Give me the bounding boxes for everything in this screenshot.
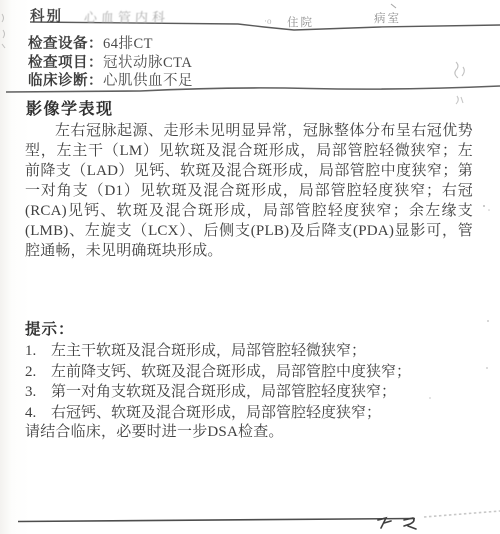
department-value-faded: 心血管内科 [84, 7, 170, 26]
ward-label: 病室 [374, 10, 401, 26]
impression-item: 2.左前降支钙、软斑及混合斑形成，局部管腔中度狭窄； [25, 362, 480, 383]
exam-fields: 检查设备：64排CT 检查项目：冠状动脉CTA 临床诊断：心肌供血不足 [28, 35, 193, 91]
impression-item-text: 第一对角支软斑及混合斑形成，局部管腔轻度狭窄； [51, 382, 396, 403]
impression-note: 请结合临床，必要时进一步DSA检查。 [25, 420, 284, 441]
findings-paragraph: 左右冠脉起源、走形未见明显异常，冠脉整体分布呈右冠优势型，左主干（LM）见软斑及… [25, 121, 473, 261]
impression-section-title: 提示： [25, 317, 75, 339]
field-exam-item: 检查项目：冠状动脉CTA [28, 54, 193, 73]
department-label: 科别 [30, 5, 63, 26]
scan-speck [486, 367, 488, 369]
field-device-label: 检查设备： [28, 36, 103, 52]
impression-item-text: 左前降支钙、软斑及混合斑形成，局部管腔中度狭窄； [51, 362, 411, 383]
field-exam-item-value: 冠状动脉CTA [103, 55, 192, 71]
field-device: 检查设备：64排CT [28, 35, 193, 54]
scan-speck-text: ·o [264, 16, 272, 26]
admission-label: 住院 [287, 14, 314, 30]
scanned-report-page: 科别 心血管内科 ·o 住院 病室 检查设备：64排CT 检查项目：冠状动脉CT… [0, 0, 500, 534]
scan-speck [483, 205, 485, 207]
field-exam-item-label: 检查项目： [28, 55, 103, 71]
impression-item-number: 2. [25, 362, 51, 383]
impression-item: 3.第一对角支软斑及混合斑形成，局部管腔轻度狭窄； [25, 382, 480, 403]
pencil-squiggle [455, 62, 464, 78]
impression-list: 1.左主干软斑及混合斑形成，局部管腔轻微狭窄； 2.左前降支钙、软斑及混合斑形成… [25, 341, 480, 423]
impression-item-number: 3. [25, 382, 51, 403]
pencil-squiggle [456, 96, 463, 104]
field-clinical-diagnosis-value: 心肌供血不足 [103, 73, 193, 89]
handwritten-mark [404, 518, 416, 529]
impression-item-text: 左主干软斑及混合斑形成，局部管腔轻微狭窄； [51, 341, 366, 362]
field-clinical-diagnosis: 临床诊断：心肌供血不足 [28, 72, 193, 91]
faded-rule-continuation [424, 511, 500, 517]
impression-item: 1.左主干软斑及混合斑形成，局部管腔轻微狭窄； [25, 341, 480, 362]
scan-edge-mark [2, 14, 5, 48]
impression-item-number: 1. [25, 341, 51, 362]
scan-speck [487, 320, 489, 322]
handwritten-mark [378, 518, 391, 528]
findings-section-title: 影像学表现 [26, 96, 114, 119]
pen-tick [391, 4, 396, 8]
signature-rule-line [18, 519, 415, 522]
field-clinical-diagnosis-label: 临床诊断： [28, 73, 103, 89]
scan-speck [488, 209, 490, 211]
field-device-value: 64排CT [103, 36, 153, 52]
